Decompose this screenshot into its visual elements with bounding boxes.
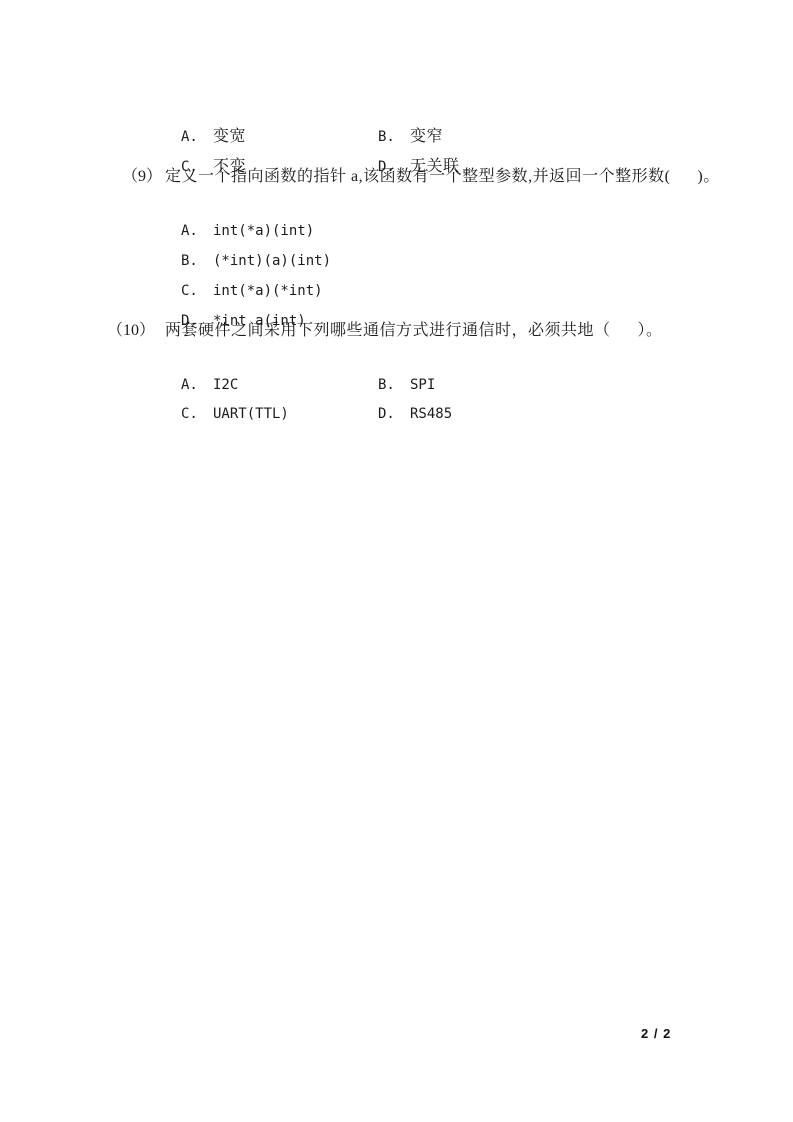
page-number-indicator: 2 / 2 xyxy=(641,1026,671,1041)
option-letter: C. xyxy=(181,403,201,425)
question-number: （10） xyxy=(107,320,155,342)
choice-option: C.UART(TTL) xyxy=(165,381,289,447)
choice-option: D.RS485 xyxy=(362,381,452,447)
question-stem: 两套硬件之间采用下列哪些通信方式进行通信时，必须共地（ ）。 xyxy=(165,320,663,342)
question-number: （9） xyxy=(122,166,162,188)
document-page: A.变宽 B.变窄 C.不变 D.无关联 （9） 定义一个指向函数的指针 a,该… xyxy=(0,0,793,1122)
option-text: UART(TTL) xyxy=(213,403,289,425)
option-text: RS485 xyxy=(410,403,452,425)
option-letter: D. xyxy=(378,403,398,425)
question-stem: 定义一个指向函数的指针 a,该函数有一个整型参数,并返回一个整形数( )。 xyxy=(165,166,720,188)
